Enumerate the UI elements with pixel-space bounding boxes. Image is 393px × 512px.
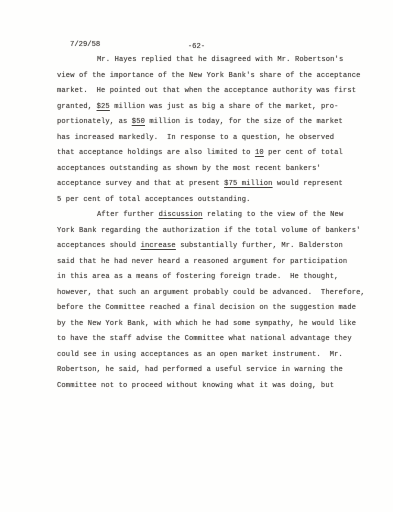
text-segment: in this area as a means of fostering for… <box>57 273 339 281</box>
underlined-text: increase <box>141 242 176 250</box>
text-segment: by the New York Bank, with which he had … <box>57 320 356 328</box>
text-line: view of the importance of the New York B… <box>57 69 359 85</box>
text-line: 5 per cent of total acceptances outstand… <box>57 193 359 209</box>
text-line: in this area as a means of fostering for… <box>57 270 359 286</box>
text-segment: market. He pointed out that when the acc… <box>57 87 356 95</box>
underlined-text: 10 <box>255 149 264 157</box>
text-line: portionately, as $50 million is today, f… <box>57 115 359 131</box>
text-segment: could see in using acceptances as an ope… <box>57 351 343 359</box>
text-segment: Mr. Hayes replied that he disagreed with… <box>97 56 343 64</box>
text-segment: before the Committee reached a final dec… <box>57 304 356 312</box>
text-line: has increased markedly. In response to a… <box>57 131 359 147</box>
text-line: that acceptance holdings are also limite… <box>57 146 359 162</box>
text-line: acceptances should increase substantiall… <box>57 239 359 255</box>
text-line: before the Committee reached a final dec… <box>57 301 359 317</box>
text-segment: York Bank regarding the authorization if… <box>57 227 361 235</box>
text-line: said that he had never heard a reasoned … <box>57 255 359 271</box>
header-page-number: -62- <box>0 43 393 51</box>
text-line: After further discussion relating to the… <box>57 208 359 224</box>
underlined-text: $50 <box>132 118 145 126</box>
text-line: acceptance survey and that at present $7… <box>57 177 359 193</box>
text-segment: Committee not to proceed without knowing… <box>57 382 334 390</box>
underlined-text: discussion <box>159 211 203 219</box>
text-line: acceptances outstanding as shown by the … <box>57 162 359 178</box>
underlined-text: $75 million <box>224 180 272 188</box>
text-line: Committee not to proceed without knowing… <box>57 379 359 395</box>
text-segment: portionately, as <box>57 118 132 126</box>
text-segment: said that he had never heard a reasoned … <box>57 258 347 266</box>
text-line: market. He pointed out that when the acc… <box>57 84 359 100</box>
text-segment: would represent <box>273 180 343 188</box>
document-body: Mr. Hayes replied that he disagreed with… <box>57 53 359 394</box>
text-segment: relating to the view of the New <box>203 211 344 219</box>
text-line: could see in using acceptances as an ope… <box>57 348 359 364</box>
text-line: however, that such an argument probably … <box>57 286 359 302</box>
text-segment: has increased markedly. In response to a… <box>57 134 334 142</box>
document-page: 7/29/58 -62- Mr. Hayes replied that he d… <box>0 0 393 512</box>
text-segment: million is today, for the size of the ma… <box>145 118 343 126</box>
text-segment: million was just as big a share of the m… <box>110 103 339 111</box>
text-line: Robertson, he said, had performed a usef… <box>57 363 359 379</box>
text-segment: to have the staff advise the Committee w… <box>57 335 352 343</box>
text-line: Mr. Hayes replied that he disagreed with… <box>57 53 359 69</box>
text-segment: that acceptance holdings are also limite… <box>57 149 255 157</box>
text-segment: per cent of total <box>264 149 343 157</box>
text-segment: substantially further, Mr. Balderston <box>176 242 343 250</box>
text-line: granted, $25 million was just as big a s… <box>57 100 359 116</box>
text-segment: 5 per cent of total acceptances outstand… <box>57 196 251 204</box>
text-segment: granted, <box>57 103 97 111</box>
text-segment: however, that such an argument probably … <box>57 289 365 297</box>
text-line: York Bank regarding the authorization if… <box>57 224 359 240</box>
text-segment: acceptances should <box>57 242 141 250</box>
underlined-text: $25 <box>97 103 110 111</box>
text-line: by the New York Bank, with which he had … <box>57 317 359 333</box>
text-segment: view of the importance of the New York B… <box>57 72 361 80</box>
text-line: to have the staff advise the Committee w… <box>57 332 359 348</box>
text-segment: Robertson, he said, had performed a usef… <box>57 366 343 374</box>
text-segment: After further <box>97 211 159 219</box>
text-segment: acceptance survey and that at present <box>57 180 224 188</box>
text-segment: acceptances outstanding as shown by the … <box>57 165 321 173</box>
